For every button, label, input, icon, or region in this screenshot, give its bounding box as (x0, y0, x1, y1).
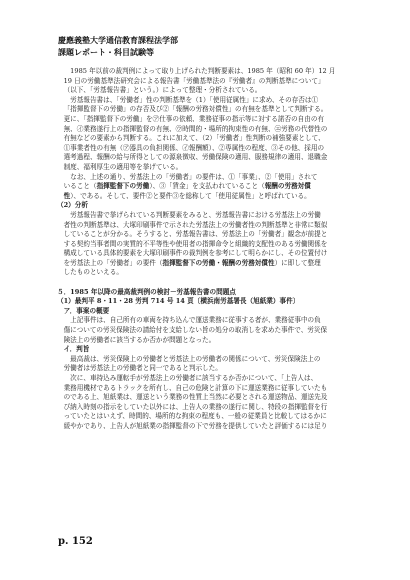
paragraph-requirements: なお、上述の通り、労基法上の「労働者」の要件は、①「事業」、②「使用」されて い… (57, 173, 357, 202)
document-page: 慶應義塾大学通信教育課程法学部 課題レポート・科目試験等 1985 年以前の裁判… (0, 0, 410, 580)
text-line: していることが分かる。そうすると、労基報告書は、労基法上の「労働者」観念が前提と (57, 230, 357, 240)
text-span: ）に即して整理 (275, 259, 321, 267)
paragraph-holding-2: 次に、車持込み運転手が労基法上の労働者に該当するか否かについて、「上告人は、 業… (57, 374, 357, 432)
text-line: 業務用機材であるトラックを所有し、自己の危険と計算の下に運送業務に従事していたも (57, 384, 357, 394)
paragraph-analysis: 労基報告書で挙げられている判断要素をみると、労基報告書における労基法上の労働 者… (57, 211, 357, 278)
header-subtitle: 課題レポート・科目試験等 (58, 46, 178, 58)
text-line: 者性の判断基準は、大塚印刷事件で示された労基法上の労働者性の判断基準と非常に類似 (57, 221, 357, 231)
text-line: 1985 年以前の裁判例によって取り上げられた判断要素は、1985 年（昭和 6… (57, 67, 357, 77)
text-line: 次に、車持込み運転手が労基法上の労働者に該当するか否かについて、「上告人は、 (57, 374, 357, 384)
text-line: 労基報告書で挙げられている判断要素をみると、労基報告書における労基法上の労働 (57, 211, 357, 221)
text-line: 19 日の労働基準法研究会による報告書「労働基準法の『労働者』の判断基準について… (57, 77, 357, 87)
page-number: p. 152 (58, 536, 93, 547)
text-line: 労働者は労基法上の労働者と同一であると判示した。 (57, 364, 357, 374)
heading-holding: イ．判旨 (57, 345, 357, 355)
text-line: 選考過程、報酬の給与所得としての源泉徴収、労働保険の適用、服務規律の適用、退職金 (57, 153, 357, 163)
text-line: 無、㋑業務遂行上の指揮監督の有無、㋒時間的・場所的拘束性の有無、㋓労務の代替性の (57, 125, 357, 135)
text-line: を労基法上の「労働者」の要件（指揮監督下の労働・報酬の労務対償性）に即して整理 (57, 259, 357, 269)
document-header: 慶應義塾大学通信教育課程法学部 課題レポート・科目試験等 (58, 34, 178, 58)
paragraph-facts: 上記事件は、自己所有の車両を持ち込んで運送業務に従事する者が、業務従事中の負 傷… (57, 316, 357, 345)
bold-term: 指揮監督下の労働・報酬の労務対償性 (163, 259, 275, 267)
text-line: 「指揮監督下の労働」の存否及び②「報酬の労務対償性」の有無を基準として判断する。 (57, 105, 357, 115)
text-line: ①事業者性の有無（㋐器具の負担関係、㋑報酬額）、②専属性の程度、③その他、採用の (57, 144, 357, 154)
text-line: 険法上の労働者に該当するか否かが問題となった。 (57, 336, 357, 346)
heading-section-5: ５．1985 年以降の最高裁判例の検討－労基報告書の問題点 (57, 288, 357, 298)
text-line: のである上、旭紙業は、運送という業務の性質上当然に必要とされる運送物品、運送先及 (57, 393, 357, 403)
text-line: 更に、「指揮監督下の労働」を㋐仕事の依頼、業務従事の指示等に対する諾否の自由の有 (57, 115, 357, 125)
text-line: 上記事件は、自己所有の車両を持ち込んで運送業務に従事する者が、業務従事中の負 (57, 316, 357, 326)
spacer (57, 278, 357, 288)
bold-term: 指揮監督下の労働 (97, 182, 150, 190)
text-line: 最高裁は、労災保険上の労働者と労基法上の労働者の関係について、労災保険法上の (57, 355, 357, 365)
text-span: を労基法上の「労働者」の要件（ (64, 259, 163, 267)
text-line: いること（指揮監督下の労働）、③「賃金」を支払われていること（報酬の労務対償 (57, 182, 357, 192)
paragraph-criteria: 労基報告書は、「労働者」性の判断基準を（1）「使用従属性」に求め、その存否は① … (57, 96, 357, 173)
text-line: する契約当事者間の実質的不平等性や使用者の指揮命令と組織的支配性のある労働関係を (57, 240, 357, 250)
text-line: なお、上述の通り、労基法上の「労働者」の要件は、①「事業」、②「使用」されて (57, 173, 357, 183)
paragraph-intro: 1985 年以前の裁判例によって取り上げられた判断要素は、1985 年（昭和 6… (57, 67, 357, 96)
heading-facts: ア．事案の概要 (57, 307, 357, 317)
text-line: っていたとはいえず、時間的、場所的な拘束の程度も、一般の従業員と比較してはるかに (57, 412, 357, 422)
text-line: 有無などの要素から判断する。これに加えて、（2）「労働者」性判断の補強要素として… (57, 134, 357, 144)
text-line: 構成している具体的要素を大塚印刷事件の裁判例を参考にして明らかにし、その位置付け (57, 249, 357, 259)
text-line: び納入時刻の指示をしていた以外には、上告人の業務の遂行に関し、特段の指揮監督を行 (57, 403, 357, 413)
text-line: したものといえる。 (57, 268, 357, 278)
heading-analysis: （2）分析 (57, 201, 357, 211)
bold-term: 報酬の労務対償 (265, 182, 311, 190)
paragraph-holding-1: 最高裁は、労災保険上の労働者と労基法上の労働者の関係について、労災保険法上の 労… (57, 355, 357, 374)
text-span: ）、である。そして、要件②と要件③を総称して「使用従属性」と呼ばれている。 (70, 192, 311, 200)
header-institution: 慶應義塾大学通信教育課程法学部 (58, 34, 178, 46)
text-line: （以下、「労基報告書」という。）によって整理・分析されている。 (57, 86, 357, 96)
text-line: 傷についての労災保険法の請給付を支給しない旨の処分の取消しを求めた事件で、労災保 (57, 326, 357, 336)
text-line: 緩やかであり、上告人が旭紙業の指揮監督の下で労務を提供していたと評価するには足り (57, 422, 357, 432)
document-body: 1985 年以前の裁判例によって取り上げられた判断要素は、1985 年（昭和 6… (57, 67, 357, 432)
text-span: ）、③「賃金」を支払われていること（ (149, 182, 264, 190)
heading-case-1: （1）最判平 8・11・28 労判 714 号 14 頁〔横浜南労基署長（旭紙業… (57, 297, 357, 307)
text-line: 制度、福利厚生の適用等を挙げている。 (57, 163, 357, 173)
text-span: いること（ (64, 182, 97, 190)
text-line: 性）、である。そして、要件②と要件③を総称して「使用従属性」と呼ばれている。 (57, 192, 357, 202)
text-line: 労基報告書は、「労働者」性の判断基準を（1）「使用従属性」に求め、その存否は① (57, 96, 357, 106)
